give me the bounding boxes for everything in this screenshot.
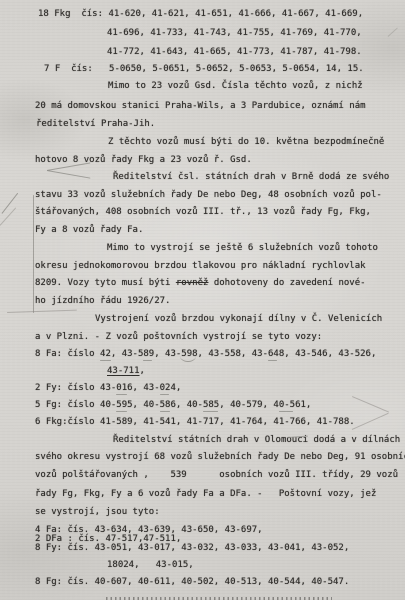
doc-line: štářovaných, 408 osobních vozů III. tř.,… xyxy=(35,207,371,218)
pencil-stroke-topleft-1 xyxy=(1,193,18,214)
text-run: 8 Fg: čís. 40-607, 40-611, 40-502, 40-51… xyxy=(35,577,349,587)
text-run: 8209. Vozy tyto musí býti xyxy=(35,278,176,288)
doc-line: Vystrojení vozů brzdou vykonají dílny v … xyxy=(95,314,382,325)
text-run: Mimo to vystrojí se ještě 6 služebních v… xyxy=(107,243,378,253)
doc-line: řady Fg, Fkg, Fy a 6 vozů řady Fa a DFa.… xyxy=(35,489,376,500)
doc-line: Mimo to 23 vozů Gsd. Čísla těchto vozů, … xyxy=(108,81,363,92)
pencil-underline-40-586 xyxy=(160,411,170,412)
text-run: 8 Fa: číslo 42, 43-589, 43-598, 43-558, … xyxy=(35,349,376,359)
text-run: , xyxy=(140,366,145,376)
text-run: Z těchto vozů musí býti do 10. května be… xyxy=(108,137,384,147)
doc-line: Fy a 8 vozů řady Fa. xyxy=(35,225,143,236)
doc-line: okresu jednokomorovou brzdou tlakovou pr… xyxy=(35,261,366,272)
pencil-underline-40-585 xyxy=(203,411,218,412)
doc-line: stavu 33 vozů služebních řady De nebo De… xyxy=(35,190,382,201)
doc-line: 41-696, 41-733, 41-743, 41-755, 41-769, … xyxy=(107,28,362,39)
pencil-underline-40-561 xyxy=(279,411,293,412)
pencil-underline-589 xyxy=(143,360,152,361)
doc-line: svého okresu vystrojí 68 vozů služebních… xyxy=(35,452,405,463)
text-run: Mimo to 23 vozů Gsd. Čísla těchto vozů, … xyxy=(108,81,363,91)
doc-line: 8209. Vozy tyto musí býti rovněž dohotov… xyxy=(35,278,366,289)
doc-line: 43-711, xyxy=(107,366,145,377)
text-run: 41-772, 41-643, 41-665, 41-773, 41-787, … xyxy=(107,47,362,57)
pencil-underline-43-016 xyxy=(116,394,127,395)
text-run: 2 Fy: číslo 43-016, 43-024, xyxy=(35,383,181,393)
paper: 18 Fkg čís: 41-620, 41-621, 41-651, 41-6… xyxy=(0,0,405,600)
text-run: 18024, 43-015, xyxy=(107,560,194,570)
text-run: stavu 33 vozů služebních řady De nebo De… xyxy=(35,190,382,200)
pencil-underline-648 xyxy=(268,360,277,361)
text-run: Fy a 8 vozů řady Fa. xyxy=(35,225,143,235)
text-run: 43-711 xyxy=(107,366,140,376)
doc-line: 41-772, 41-643, 41-665, 41-773, 41-787, … xyxy=(107,47,362,58)
doc-line: 8 Fg: čís. 40-607, 40-611, 40-502, 40-51… xyxy=(35,577,349,588)
text-run: se vystrojí, jsou tyto: xyxy=(35,507,160,517)
text-run: Ředitelství státních drah v Olomouci dod… xyxy=(113,435,400,445)
doc-line: 8 Fy: čís. 43-051, 43-017, 43-032, 43-03… xyxy=(35,543,349,554)
doc-line: 2 Fy: číslo 43-016, 43-024, xyxy=(35,383,181,394)
text-run: 5 Fg: číslo 40-595, 40-586, 40-585, 40-5… xyxy=(35,400,311,410)
text-run: hotovo 8 vozů řady Fkg a 23 vozů ř. Gsd. xyxy=(35,155,252,165)
doc-line: ho jízdního řádu 1926/27. xyxy=(35,296,170,307)
pencil-chevron-right-bottom xyxy=(352,413,389,431)
doc-line: 18 Fkg čís: 41-620, 41-621, 41-651, 41-6… xyxy=(38,9,363,20)
text-run: 41-696, 41-733, 41-743, 41-755, 41-769, … xyxy=(107,28,362,38)
text-run: Ředitelství čsl. státních drah v Brně do… xyxy=(113,172,389,182)
doc-line: 18024, 43-015, xyxy=(107,560,194,571)
doc-line: 8 Fa: číslo 42, 43-589, 43-598, 43-558, … xyxy=(35,349,376,360)
text-run: řady Fg, Fkg, Fy a 6 vozů řady Fa a DFa.… xyxy=(35,489,376,499)
text-run: 18 Fkg čís: 41-620, 41-621, 41-651, 41-6… xyxy=(38,9,363,19)
pencil-underline-598 xyxy=(180,356,196,362)
doc-line: 6 Fkg:číslo 41-589, 41-541, 41-717, 41-7… xyxy=(35,417,355,428)
pencil-chevron-right-top xyxy=(352,396,389,413)
doc-line: Mimo to vystrojí se ještě 6 služebních v… xyxy=(107,243,378,254)
doc-line: 7 F čís: 5-0650, 5-0651, 5-0652, 5-0653,… xyxy=(44,64,364,75)
doc-line: ředitelství Praha-Jih. xyxy=(36,119,155,130)
text-run: 7 F čís: 5-0650, 5-0651, 5-0652, 5-0653,… xyxy=(44,64,364,74)
doc-line: se vystrojí, jsou tyto: xyxy=(35,507,160,518)
text-run: svého okresu vystrojí 68 vozů služebních… xyxy=(35,452,405,462)
scanned-document-page: { "page": { "kind": "scanned typewritten… xyxy=(0,0,405,600)
text-run: rovněž xyxy=(176,278,209,288)
text-run: Vystrojení vozů brzdou vykonají dílny v … xyxy=(95,314,382,324)
text-run: dohotoveny do zavedení nové- xyxy=(208,278,365,288)
pencil-underline-40-595 xyxy=(116,411,127,412)
text-run: 20 má domovskou stanici Praha-Wils, a 3 … xyxy=(35,101,366,111)
doc-line: 20 má domovskou stanici Praha-Wils, a 3 … xyxy=(35,101,366,112)
pencil-underline-43-024 xyxy=(160,394,169,395)
pencil-underline-42 xyxy=(100,360,111,361)
pencil-slash-right xyxy=(388,27,399,37)
doc-line: Ředitelství čsl. státních drah v Brně do… xyxy=(113,172,389,183)
pencil-chevron-left-bottom xyxy=(47,170,91,179)
text-run: ředitelství Praha-Jih. xyxy=(36,119,155,129)
doc-line: vozů polštářovaných , 539 osobních vozů … xyxy=(35,470,398,481)
text-run: 8 Fy: čís. 43-051, 43-017, 43-032, 43-03… xyxy=(35,543,349,553)
text-run: a v Plzni. - Z vozů poštovních vystrojí … xyxy=(35,332,322,342)
text-run: vozů polštářovaných , 539 osobních vozů … xyxy=(35,470,398,480)
doc-line: hotovo 8 vozů řady Fkg a 23 vozů ř. Gsd. xyxy=(35,155,252,166)
doc-line: a v Plzni. - Z vozů poštovních vystrojí … xyxy=(35,332,322,343)
text-run: okresu jednokomorovou brzdou tlakovou pr… xyxy=(35,261,366,271)
text-run: 6 Fkg:číslo 41-589, 41-541, 41-717, 41-7… xyxy=(35,417,355,427)
doc-line: 5 Fg: číslo 40-595, 40-586, 40-585, 40-5… xyxy=(35,400,311,411)
doc-line: Ředitelství státních drah v Olomouci dod… xyxy=(113,435,400,446)
doc-line: Z těchto vozů musí býti do 10. května be… xyxy=(108,137,384,148)
text-run: ho jízdního řádu 1926/27. xyxy=(35,296,170,306)
text-run: štářovaných, 408 osobních vozů III. tř.,… xyxy=(35,207,371,217)
pencil-wavy-line xyxy=(7,310,77,314)
